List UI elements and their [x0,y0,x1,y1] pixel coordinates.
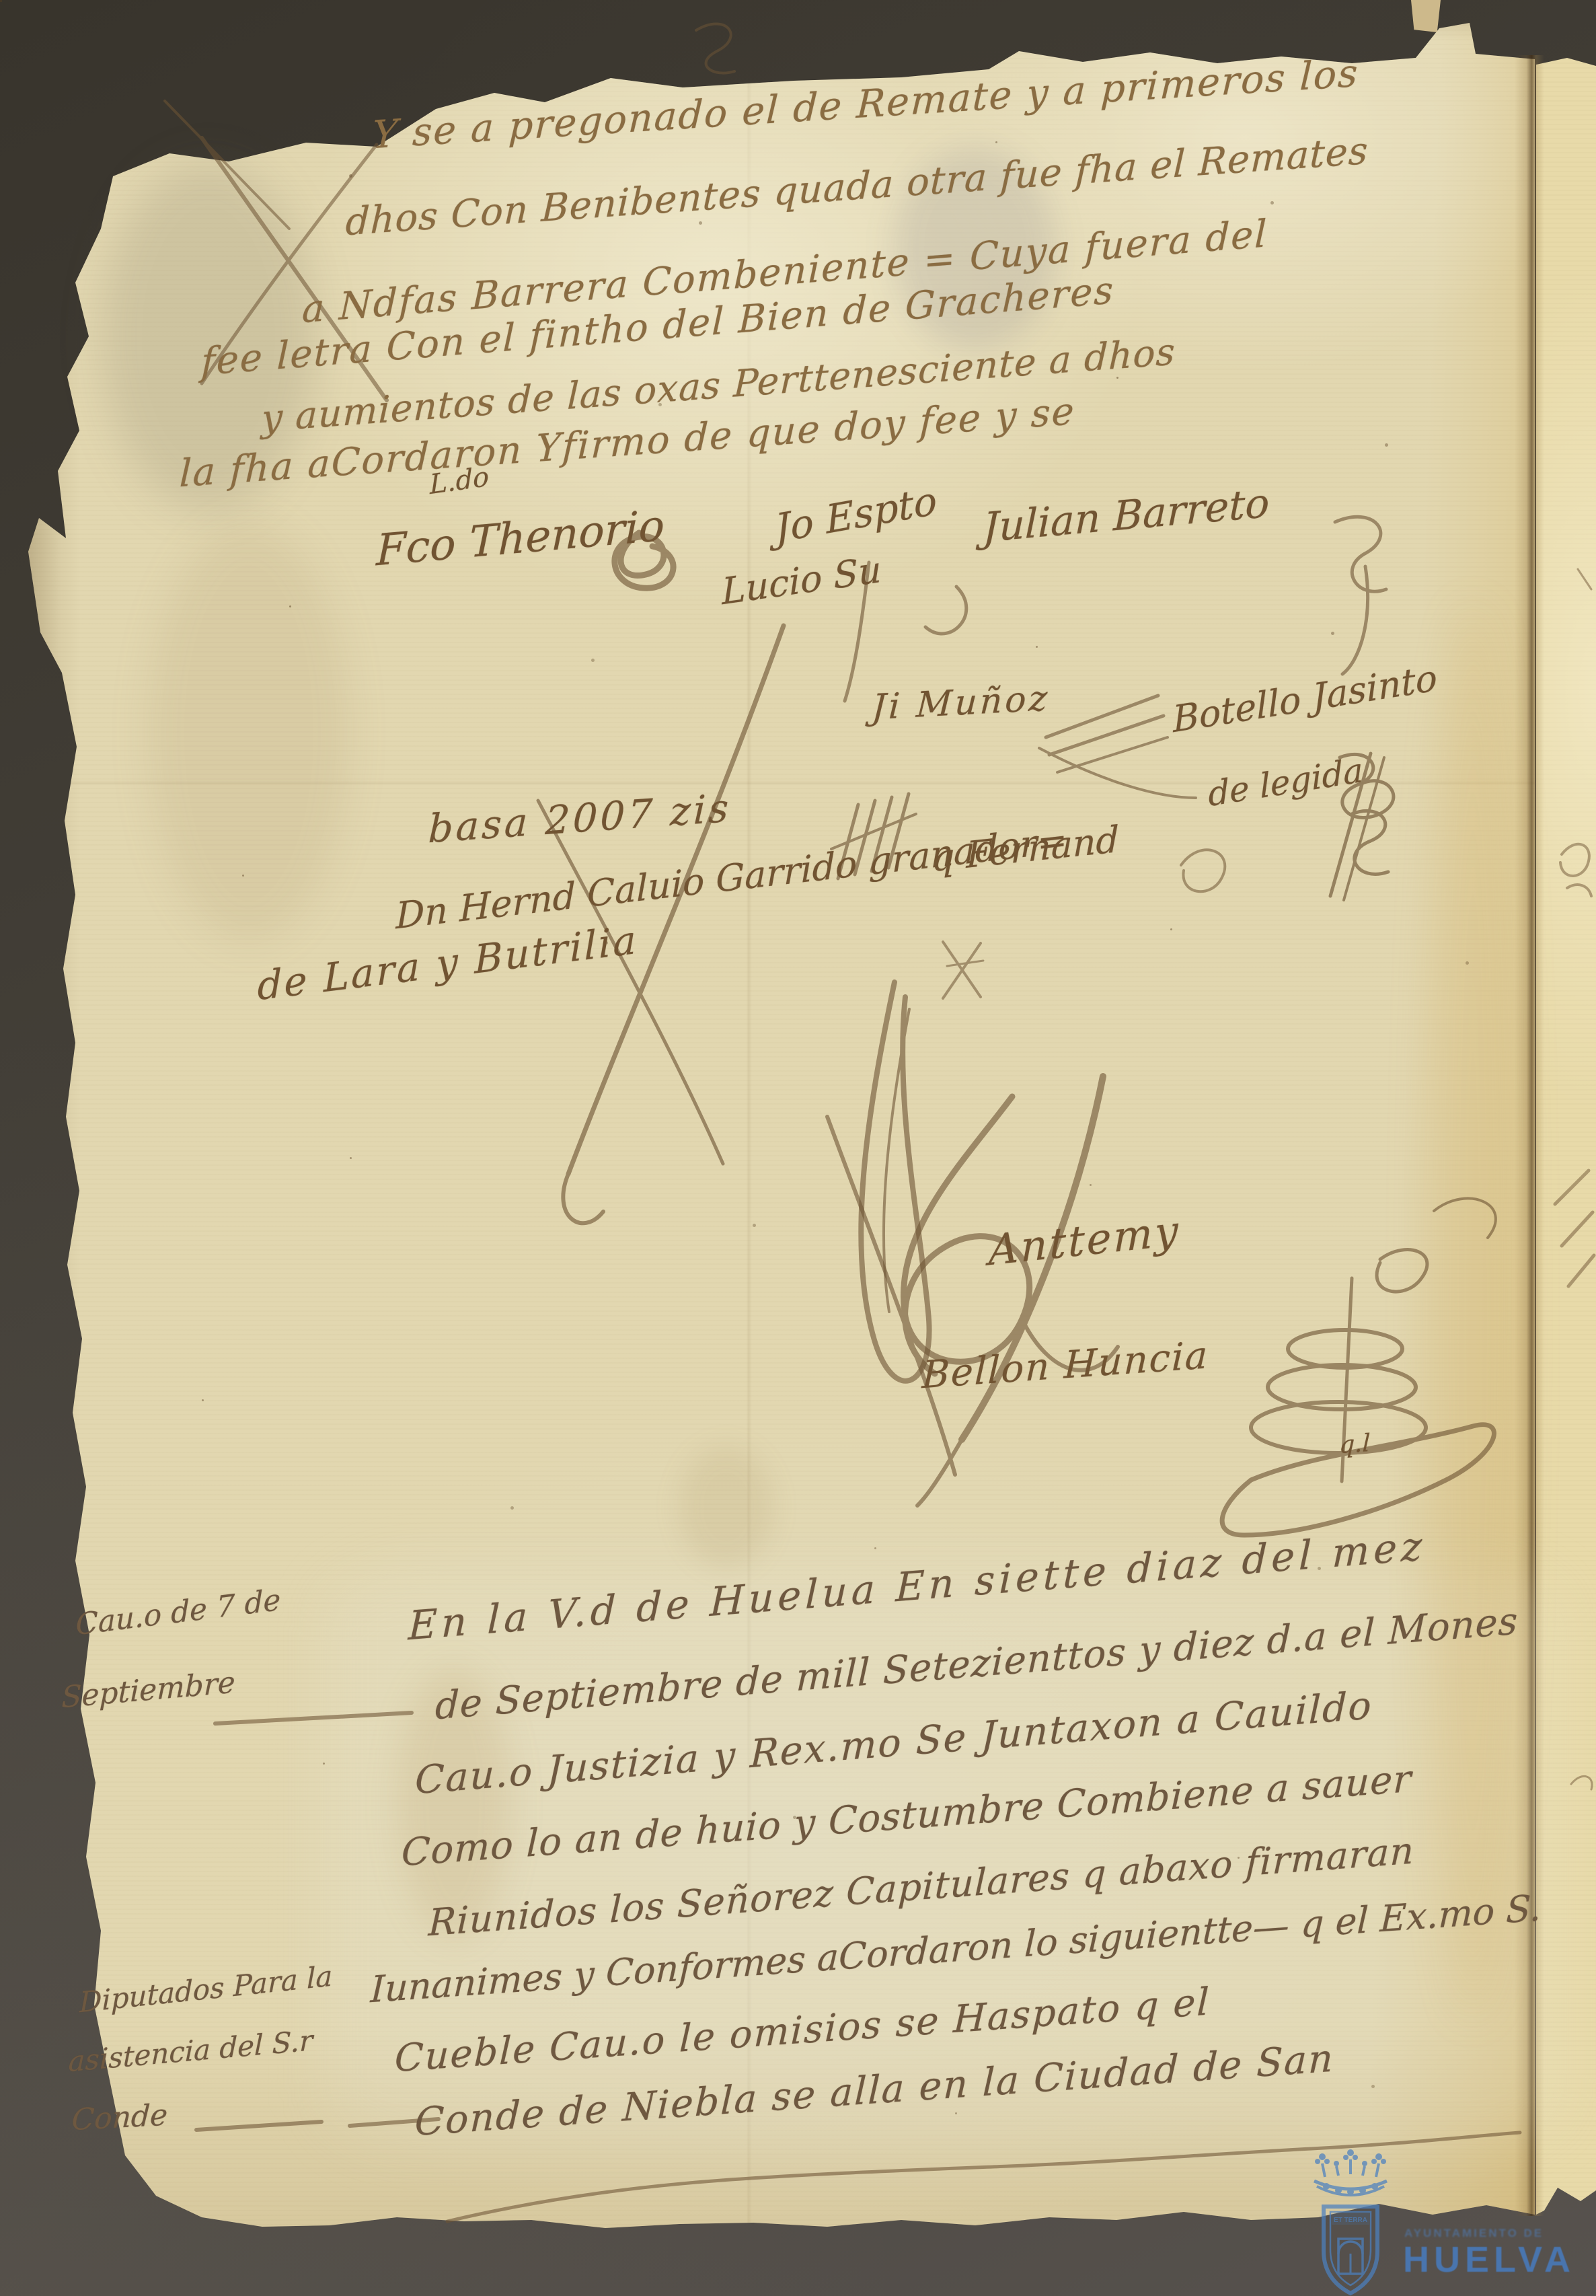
signatures-line-3: Jo Espto [773,478,938,552]
huelva-crest-icon: ET TERRA [1303,2147,1398,2296]
crown [1314,2149,1387,2195]
archive-watermark: ET TERRA AYUNTAMIENTO DE HUELVA [1303,2147,1596,2296]
margin-note-diputados-line-2: asistencia del S.r [68,2024,313,2078]
manuscript-scan: Y se a pregonado el de Remate y a primer… [0,0,1596,2296]
handwriting-layer: Y se a pregonado el de Remate y a primer… [0,0,1596,2296]
margin-note-september-line-1: Cau.o de 7 de [75,1583,281,1643]
signatures-line-4: Lucio Su [721,548,882,614]
signatures-line-5: Julian Barreto [983,480,1270,552]
signatures-line-15: q.l [1339,1430,1371,1459]
signatures-line-13: Anttemy [989,1206,1180,1275]
signatures-line-8: de legida [1207,751,1364,815]
margin-note-diputados-line-3: Conde [71,2098,168,2138]
watermark-title: HUELVA [1403,2239,1575,2281]
signatures-line-6: Ji Muñoz [871,678,1051,728]
watermark-subtext: AYUNTAMIENTO DE [1404,2227,1593,2240]
signatures-line-14: Bellon Huncia [921,1333,1210,1397]
margin-note-september-line-2: Septiembre [61,1665,235,1715]
signatures-line-2: Fco Thenorio [376,501,665,577]
margin-note-diputados-line-1: Diputados Para la [79,1959,332,2019]
shield: ET TERRA [1324,2207,1377,2293]
signatures-line-7: Botello Jasinto [1172,657,1438,741]
shield-motto: ET TERRA [1334,2217,1367,2224]
signatures-line-9: basa 2007 zis [428,785,732,852]
